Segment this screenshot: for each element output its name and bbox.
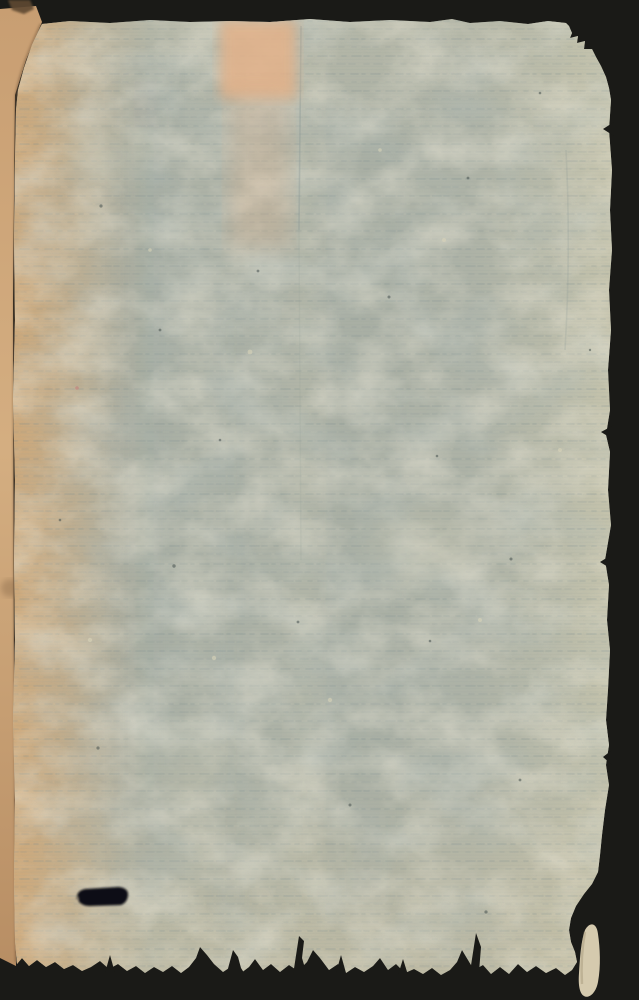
cream-blob xyxy=(135,724,235,796)
ink-blot xyxy=(76,887,128,906)
cream-blob xyxy=(364,505,476,585)
red-fibre-speck xyxy=(75,386,79,390)
page-surface-layers xyxy=(0,0,639,1000)
book-scan-photo xyxy=(0,0,639,1000)
cream-blob xyxy=(63,125,147,185)
adhesive-stain-square xyxy=(220,20,296,98)
adhesive-stain-runoff xyxy=(228,88,290,248)
scan-canvas xyxy=(0,0,639,1000)
